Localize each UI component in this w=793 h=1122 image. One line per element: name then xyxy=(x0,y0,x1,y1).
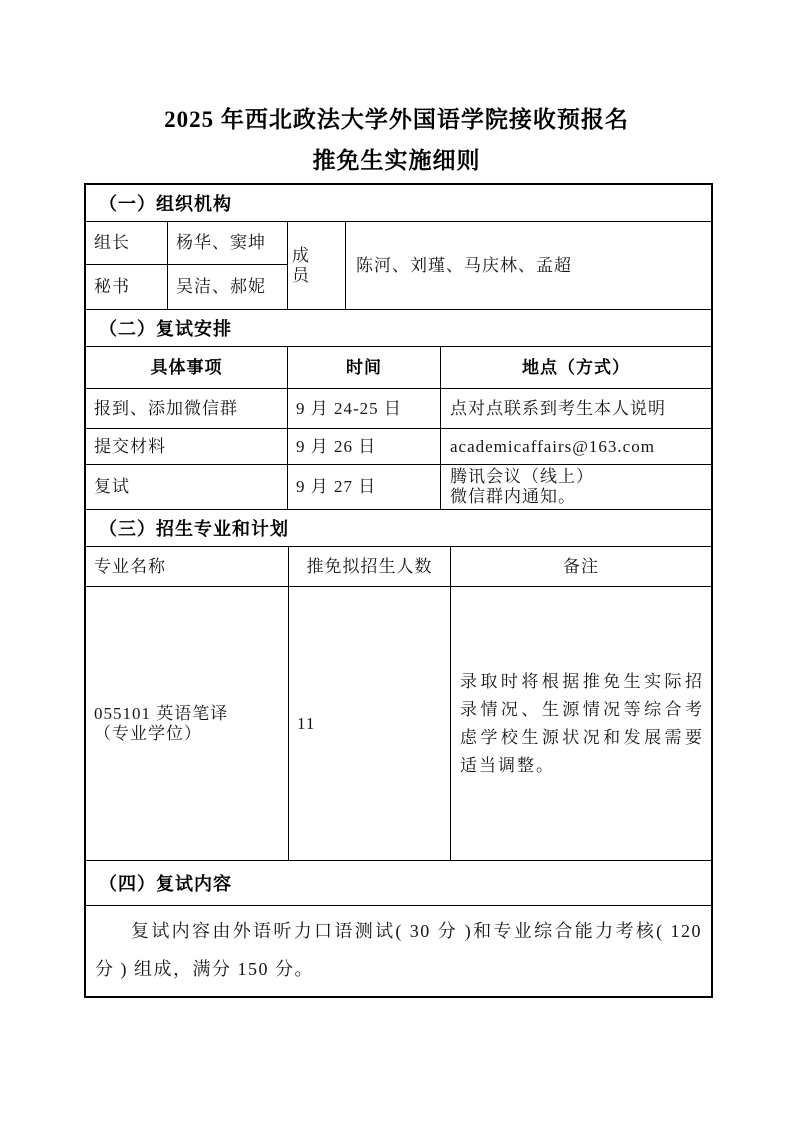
column-header-quota: 推免拟招生人数 xyxy=(289,547,451,587)
column-header-place: 地点（方式） xyxy=(441,347,711,389)
section-2-header: （二）复试安排 xyxy=(86,310,711,347)
member-names-cell: 陈河、刘瑾、马庆林、孟超 xyxy=(346,222,711,309)
section-1-grid: 组长 杨华、窦坤 成 员 陈河、刘瑾、马庆林、孟超 秘书 吴洁、郝妮 xyxy=(86,222,711,310)
schedule-row-time: 9 月 27 日 xyxy=(288,465,441,509)
section-4-body: 复试内容由外语听力口语测试( 30 分 )和专业综合能力考核( 120 分 ) … xyxy=(86,906,711,996)
quota-cell: 11 xyxy=(289,587,451,860)
schedule-row-place: academicaffairs@163.com xyxy=(441,429,711,465)
document-title-line1: 2025 年西北政法大学外国语学院接收预报名 xyxy=(0,99,793,140)
member-label-cell: 成 员 xyxy=(288,222,346,309)
schedule-row-time: 9 月 24-25 日 xyxy=(288,389,441,429)
schedule-row-place: 点对点联系到考生本人说明 xyxy=(441,389,711,429)
leader-label-cell: 组长 xyxy=(86,222,168,265)
document-title-line2: 推免生实施细则 xyxy=(0,140,793,181)
schedule-row-place: 腾讯会议（线上） 微信群内通知。 xyxy=(441,465,711,509)
schedule-row-item: 复试 xyxy=(86,465,288,509)
document-table: （一）组织机构 组长 杨华、窦坤 成 员 陈河、刘瑾、马庆林、孟超 秘书 吴洁、… xyxy=(84,183,713,998)
major-code-name: 055101 英语笔译 xyxy=(94,704,228,724)
schedule-row-item: 提交材料 xyxy=(86,429,288,465)
column-header-time: 时间 xyxy=(288,347,441,389)
section-3-grid: 专业名称 推免拟招生人数 备注 055101 英语笔译 （专业学位） 11 录取… xyxy=(86,547,711,861)
major-cell: 055101 英语笔译 （专业学位） xyxy=(86,587,289,860)
schedule-row-item: 报到、添加微信群 xyxy=(86,389,288,429)
document-title: 2025 年西北政法大学外国语学院接收预报名 推免生实施细则 xyxy=(0,99,793,181)
section-4-header: （四）复试内容 xyxy=(86,861,711,906)
column-header-item: 具体事项 xyxy=(86,347,288,389)
column-header-remark: 备注 xyxy=(451,547,711,587)
major-degree-type: （专业学位） xyxy=(94,724,202,744)
schedule-row-time: 9 月 26 日 xyxy=(288,429,441,465)
schedule-place-line2: 微信群内通知。 xyxy=(450,487,576,507)
column-header-major: 专业名称 xyxy=(86,547,289,587)
remark-cell: 录取时将根据推免生实际招录情况、生源情况等综合考虑学校生源状况和发展需要适当调整… xyxy=(451,587,711,860)
secretary-names-cell: 吴洁、郝妮 xyxy=(168,265,288,309)
schedule-place-line1: 腾讯会议（线上） xyxy=(450,467,594,487)
secretary-label-cell: 秘书 xyxy=(86,265,168,309)
section-1-header: （一）组织机构 xyxy=(86,185,711,222)
leader-names-cell: 杨华、窦坤 xyxy=(168,222,288,265)
section-3-header: （三）招生专业和计划 xyxy=(86,510,711,547)
section-2-grid: 具体事项 时间 地点（方式） 报到、添加微信群 9 月 24-25 日 点对点联… xyxy=(86,347,711,510)
